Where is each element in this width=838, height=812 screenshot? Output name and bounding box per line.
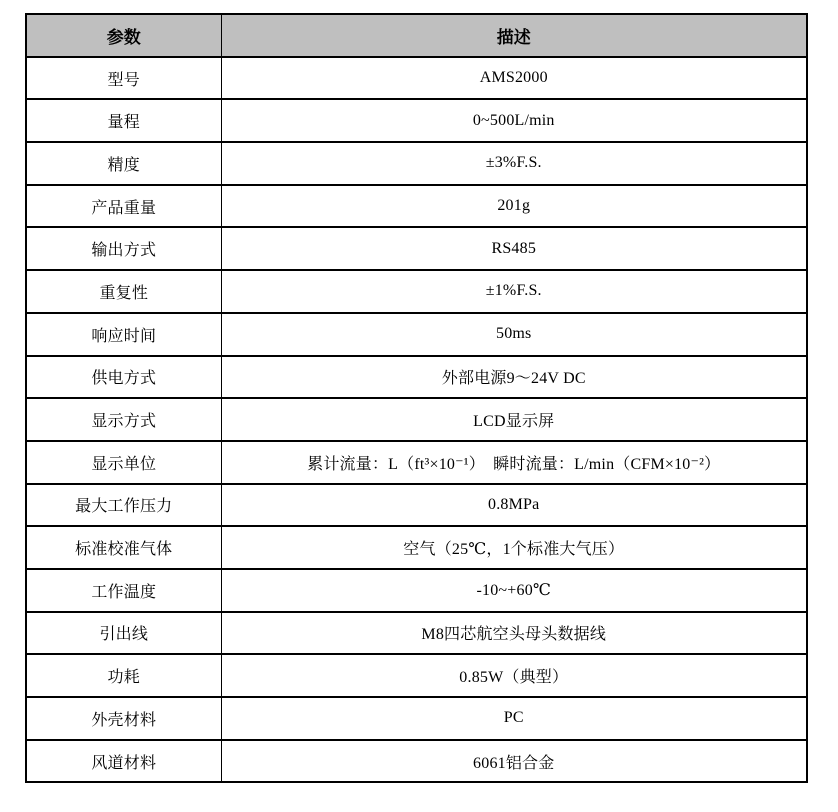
desc-cell: 外部电源9～24V DC	[221, 356, 807, 399]
desc-cell: 0.8MPa	[221, 484, 807, 527]
header-row: 参数 描述	[26, 14, 807, 57]
param-cell: 显示单位	[26, 441, 221, 484]
param-cell: 显示方式	[26, 398, 221, 441]
table-row: 输出方式 RS485	[26, 227, 807, 270]
param-cell: 响应时间	[26, 313, 221, 356]
table-row: 外壳材料 PC	[26, 697, 807, 740]
desc-cell: PC	[221, 697, 807, 740]
desc-cell: 50ms	[221, 313, 807, 356]
param-cell: 最大工作压力	[26, 484, 221, 527]
desc-cell: M8四芯航空头母头数据线	[221, 612, 807, 655]
desc-cell: ±3%F.S.	[221, 142, 807, 185]
param-cell: 外壳材料	[26, 697, 221, 740]
desc-cell: ±1%F.S.	[221, 270, 807, 313]
param-cell: 精度	[26, 142, 221, 185]
column-header-desc: 描述	[221, 14, 807, 57]
desc-cell: RS485	[221, 227, 807, 270]
table-row: 显示方式 LCD显示屏	[26, 398, 807, 441]
desc-cell: 空气（25℃，1个标准大气压）	[221, 526, 807, 569]
table-row: 引出线 M8四芯航空头母头数据线	[26, 612, 807, 655]
column-header-param: 参数	[26, 14, 221, 57]
desc-cell: 0.85W（典型）	[221, 654, 807, 697]
param-cell: 型号	[26, 57, 221, 100]
table-row: 量程 0~500L/min	[26, 99, 807, 142]
table-row: 最大工作压力 0.8MPa	[26, 484, 807, 527]
param-cell: 工作温度	[26, 569, 221, 612]
param-cell: 标准校准气体	[26, 526, 221, 569]
param-cell: 功耗	[26, 654, 221, 697]
table-row: 供电方式 外部电源9～24V DC	[26, 356, 807, 399]
spec-table: 参数 描述 型号 AMS2000 量程 0~500L/min 精度 ±3%F.S…	[25, 13, 808, 783]
param-cell: 供电方式	[26, 356, 221, 399]
desc-cell: LCD显示屏	[221, 398, 807, 441]
table-row: 精度 ±3%F.S.	[26, 142, 807, 185]
param-cell: 量程	[26, 99, 221, 142]
param-cell: 产品重量	[26, 185, 221, 228]
param-cell: 输出方式	[26, 227, 221, 270]
param-cell: 引出线	[26, 612, 221, 655]
table-row: 重复性 ±1%F.S.	[26, 270, 807, 313]
table-row: 型号 AMS2000	[26, 57, 807, 100]
table-row: 显示单位 累计流量：L（ft³×10⁻¹） 瞬时流量：L/min（CFM×10⁻…	[26, 441, 807, 484]
table-row: 功耗 0.85W（典型）	[26, 654, 807, 697]
desc-cell: 0~500L/min	[221, 99, 807, 142]
table-row: 响应时间 50ms	[26, 313, 807, 356]
param-cell: 风道材料	[26, 740, 221, 783]
desc-cell: 累计流量：L（ft³×10⁻¹） 瞬时流量：L/min（CFM×10⁻²）	[221, 441, 807, 484]
desc-cell: 201g	[221, 185, 807, 228]
desc-cell: AMS2000	[221, 57, 807, 100]
desc-cell: -10~+60℃	[221, 569, 807, 612]
desc-cell: 6061铝合金	[221, 740, 807, 783]
table-row: 风道材料 6061铝合金	[26, 740, 807, 783]
table-row: 工作温度 -10~+60℃	[26, 569, 807, 612]
table-row: 产品重量 201g	[26, 185, 807, 228]
table-row: 标准校准气体 空气（25℃，1个标准大气压）	[26, 526, 807, 569]
param-cell: 重复性	[26, 270, 221, 313]
